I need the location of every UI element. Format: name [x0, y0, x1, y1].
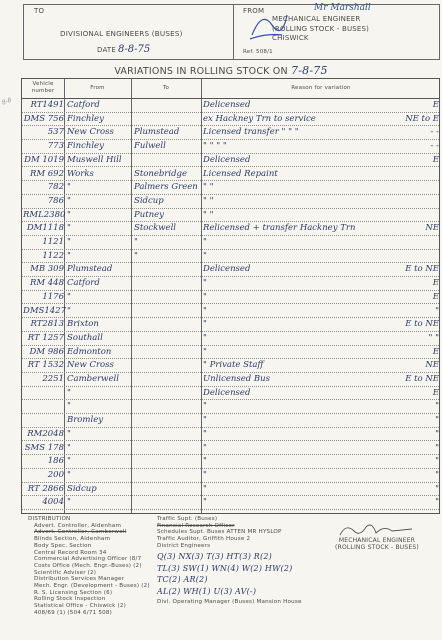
to-cell: [134, 414, 200, 427]
table-row: RT 2866Sidcup"": [22, 483, 439, 497]
status-code-cell: ": [404, 428, 439, 441]
from-cell: ": [67, 236, 133, 249]
from-cell: Southall: [67, 332, 133, 345]
vehicle-cell: DM 1019: [23, 154, 64, 167]
status-code-cell: [404, 250, 439, 263]
table-row: Bromley"": [22, 414, 439, 428]
status-code-cell: E: [404, 291, 439, 304]
from-cell: Edmonton: [67, 346, 133, 359]
to-cell: [134, 359, 200, 372]
table-row: 782"Palmers Green" ": [22, 181, 439, 195]
vehicle-cell: 186: [23, 455, 64, 468]
signature-scribble-icon: [242, 5, 302, 45]
distribution-item: Rolling Stock Inspection: [28, 596, 150, 603]
status-code-cell: E to NE: [404, 263, 439, 276]
vehicle-cell: RM 692: [23, 168, 64, 181]
from-cell: ": [67, 400, 133, 413]
status-code-cell: E: [404, 277, 439, 290]
reason-cell: " " " ": [203, 140, 403, 153]
distribution-item: Central Record Room 34: [28, 550, 150, 557]
reference-number: Ref. 508/1: [243, 49, 273, 55]
to-cell: [134, 318, 200, 331]
distribution-items: Advert. Controller, AldenhamAdvert. Cont…: [28, 523, 150, 617]
vehicle-cell: RT 2866: [23, 483, 64, 496]
reason-cell: ": [203, 318, 403, 331]
to-cell: [134, 154, 200, 167]
table-row: 1121""": [22, 236, 439, 250]
from-cell: Finchley: [67, 113, 133, 126]
status-code-cell: E to NE: [404, 373, 439, 386]
status-code-cell: NE: [404, 359, 439, 372]
date-field: DATE 8-8-75: [97, 44, 150, 55]
table-row: "DelicensedE: [22, 387, 439, 401]
vehicle-cell: DMS1427: [23, 305, 64, 318]
vehicle-cell: RML2380: [23, 209, 64, 222]
reason-cell: ": [203, 236, 403, 249]
vehicle-cell: 782: [23, 181, 64, 194]
title-text: VARIATIONS IN ROLLING STOCK ON: [114, 66, 287, 77]
to-cell: [134, 277, 200, 290]
from-cell: Sidcup: [67, 483, 133, 496]
to-cell: [134, 387, 200, 400]
status-code-cell: " ": [404, 332, 439, 345]
reason-cell: " ": [203, 181, 403, 194]
to-cell: [134, 263, 200, 276]
from-cell: Catford: [67, 99, 133, 112]
from-cell: ": [67, 496, 133, 509]
table-header: Vehicle number From To Reason for variat…: [22, 79, 439, 99]
distribution-item: R. S. Licensing Section (6): [28, 590, 150, 597]
status-code-cell: ": [404, 414, 439, 427]
reason-cell: Delicensed: [203, 263, 403, 276]
distribution-item: Advert. Controller, Camberwell: [28, 529, 150, 536]
from-cell: ": [67, 195, 133, 208]
to-cell: Stockwell: [134, 222, 200, 235]
from-cell: ": [67, 469, 133, 482]
to-cell: [134, 483, 200, 496]
table-row: 1176""E: [22, 291, 439, 305]
vehicle-cell: RT1491: [23, 99, 64, 112]
status-code-cell: - -: [404, 126, 439, 139]
reason-cell: ": [203, 277, 403, 290]
to-cell: [134, 428, 200, 441]
traffic-item: Traffic Auditor, Griffith House 2: [157, 536, 282, 543]
vehicle-cell: 786: [23, 195, 64, 208]
traffic-item: District Engineers: [157, 543, 282, 550]
vehicle-cell: 537: [23, 126, 64, 139]
table-row: 186""": [22, 455, 439, 469]
distribution-item: Costs Office (Mech. Engr.-Buses) (2): [28, 563, 150, 570]
table-row: DM 986Edmonton"E: [22, 346, 439, 360]
table-row: 786"Sidcup" ": [22, 195, 439, 209]
vehicle-cell: RT 1257: [23, 332, 64, 345]
table-row: MB 309PlumsteadDelicensedE to NE: [22, 263, 439, 277]
from-cell: ": [67, 291, 133, 304]
to-value: DIVISIONAL ENGINEERS (BUSES): [60, 29, 183, 38]
from-cell: New Cross: [67, 126, 133, 139]
table-row: RT 1532New Cross" Private StaffNE: [22, 359, 439, 373]
date-value: 8-8-75: [118, 44, 150, 55]
vehicle-cell: RM2048: [23, 428, 64, 441]
table-row: """: [22, 400, 439, 414]
page-title: VARIATIONS IN ROLLING STOCK ON 7-8-75: [0, 64, 442, 77]
reason-cell: ": [203, 291, 403, 304]
reason-cell: ": [203, 428, 403, 441]
reason-cell: ": [203, 346, 403, 359]
date-label: DATE: [97, 46, 116, 54]
traffic-item: Financial Research Officer: [157, 523, 282, 530]
vehicle-cell: DMS 756: [23, 113, 64, 126]
from-cell: Catford: [67, 277, 133, 290]
vehicle-cell: [23, 400, 64, 413]
from-cell: ": [67, 428, 133, 441]
table-row: RM 448Catford"E: [22, 277, 439, 291]
status-code-cell: ": [404, 400, 439, 413]
to-cell: Putney: [134, 209, 200, 222]
to-cell: [134, 291, 200, 304]
reason-cell: ": [203, 455, 403, 468]
status-code-cell: [404, 168, 439, 181]
status-code-cell: ": [404, 483, 439, 496]
status-code-cell: NE to E: [404, 113, 439, 126]
distribution-item: Commercial Advertising Officer (8/7: [28, 556, 150, 563]
to-cell: Palmers Green: [134, 181, 200, 194]
reason-cell: " ": [203, 209, 403, 222]
vehicle-cell: DM 986: [23, 346, 64, 359]
vehicle-cell: RT 1532: [23, 359, 64, 372]
vehicle-cell: 773: [23, 140, 64, 153]
signature-line-2: (ROLLING STOCK - BUSES): [332, 544, 422, 551]
table-row: DMS 756Finchleyex Hackney Trn to service…: [22, 113, 439, 127]
to-cell: Sidcup: [134, 195, 200, 208]
vehicle-cell: 1176: [23, 291, 64, 304]
reason-cell: Delicensed: [203, 99, 403, 112]
reason-cell: Delicensed: [203, 387, 403, 400]
from-cell: ": [67, 250, 133, 263]
header-to: To: [131, 85, 201, 92]
status-code-cell: ": [404, 455, 439, 468]
from-cell: Camberwell: [67, 373, 133, 386]
reason-cell: ": [203, 496, 403, 509]
status-code-cell: E: [404, 99, 439, 112]
reason-cell: " Private Staff: [203, 359, 403, 372]
traffic-item: Traffic Supt. (Buses): [157, 516, 282, 523]
depot-codes: Q(3) NX(3) T(3) HT(3) R(2) TL(3) SW(1) W…: [157, 551, 302, 607]
reason-cell: ": [203, 469, 403, 482]
status-code-cell: E: [404, 154, 439, 167]
table-row: RM2048""": [22, 428, 439, 442]
to-cell: Stonebridge: [134, 168, 200, 181]
from-cell: Works: [67, 168, 133, 181]
table-row: RT1491CatfordDelicensedE: [22, 99, 439, 113]
to-cell: [134, 99, 200, 112]
table-row: DMS1427""": [22, 305, 439, 319]
to-cell: [134, 469, 200, 482]
table-row: RM 692WorksStonebridgeLicensed Repaint: [22, 168, 439, 182]
to-cell: [134, 332, 200, 345]
vehicle-cell: 200: [23, 469, 64, 482]
margin-note: 8-8: [1, 97, 12, 107]
status-code-cell: ": [404, 305, 439, 318]
distribution-item: Scientific Adviser (2): [28, 570, 150, 577]
reason-cell: ": [203, 305, 403, 318]
code-line-4: AL(2) WH(1) U(3) AV(-): [157, 586, 302, 598]
distribution-item: 408/69 (1) (504 6/71 508): [28, 610, 150, 617]
table-row: RT 1257Southall"" ": [22, 332, 439, 346]
table-row: 773FinchleyFulwell" " " "- -: [22, 140, 439, 154]
distribution-item: Advert. Controller, Aldenham: [28, 523, 150, 530]
from-cell: Plumstead: [67, 263, 133, 276]
reason-cell: ": [203, 332, 403, 345]
reason-cell: Licensed transfer " " ": [203, 126, 403, 139]
header-divider: [233, 5, 234, 59]
table-row: 2251CamberwellUnlicensed BusE to NE: [22, 373, 439, 387]
reason-cell: Licensed Repaint: [203, 168, 403, 181]
to-cell: [134, 113, 200, 126]
code-line-2: TL(3) SW(1) WN(4) W(2) HW(2): [157, 563, 302, 575]
status-code-cell: E: [404, 387, 439, 400]
to-cell: Fulwell: [134, 140, 200, 153]
to-cell: Plumstead: [134, 126, 200, 139]
signature-block: MECHANICAL ENGINEER (ROLLING STOCK - BUS…: [332, 523, 422, 551]
from-cell: ": [67, 222, 133, 235]
vehicle-cell: MB 309: [23, 263, 64, 276]
to-cell: ": [134, 250, 200, 263]
from-cell: Bromley: [67, 414, 133, 427]
status-code-cell: E: [404, 346, 439, 359]
status-code-cell: ": [404, 496, 439, 509]
from-cell: ": [67, 181, 133, 194]
vehicle-cell: 1122: [23, 250, 64, 263]
status-code-cell: ": [404, 469, 439, 482]
vehicle-cell: [23, 387, 64, 400]
to-cell: [134, 442, 200, 455]
vehicle-cell: RM 448: [23, 277, 64, 290]
reason-cell: Relicensed + transfer Hackney Trn: [203, 222, 403, 235]
to-cell: [134, 400, 200, 413]
vehicle-cell: RT2813: [23, 318, 64, 331]
from-cell: ": [67, 442, 133, 455]
reason-cell: " ": [203, 195, 403, 208]
distribution-item: Body Spec. Section: [28, 543, 150, 550]
table-row: DM1118"StockwellRelicensed + transfer Ha…: [22, 222, 439, 236]
reason-cell: ex Hackney Trn to service: [203, 113, 403, 126]
table-row: 1122""": [22, 250, 439, 264]
table-row: 537New CrossPlumsteadLicensed transfer "…: [22, 126, 439, 140]
reason-cell: ": [203, 483, 403, 496]
rolling-stock-table: Vehicle number From To Reason for variat…: [21, 78, 440, 514]
reason-cell: ": [203, 250, 403, 263]
status-code-cell: [404, 195, 439, 208]
vehicle-cell: 4004: [23, 496, 64, 509]
from-cell: Finchley: [67, 140, 133, 153]
header-from: From: [64, 85, 131, 92]
reason-cell: ": [203, 442, 403, 455]
traffic-item: Schedules Supt. Buses ATTEN MR HYSLOP: [157, 529, 282, 536]
vehicle-cell: 1121: [23, 236, 64, 249]
from-handwritten: Mr Marshall: [314, 3, 371, 13]
status-code-cell: [404, 181, 439, 194]
distribution-item: Blinds Section, Aldenham: [28, 536, 150, 543]
header-vehicle: Vehicle number: [22, 81, 64, 94]
status-code-cell: - -: [404, 140, 439, 153]
from-cell: ": [67, 455, 133, 468]
table-row: 200""": [22, 469, 439, 483]
table-row: SMS 178""": [22, 442, 439, 456]
to-cell: [134, 455, 200, 468]
from-cell: ": [67, 209, 133, 222]
distribution-item: Statistical Office - Chiswick (2): [28, 603, 150, 610]
to-cell: [134, 305, 200, 318]
table-row: DM 1019Muswell HillDelicensedE: [22, 154, 439, 168]
vehicle-cell: SMS 178: [23, 442, 64, 455]
to-cell: ": [134, 236, 200, 249]
from-cell: Brixton: [67, 318, 133, 331]
to-cell: [134, 373, 200, 386]
vehicle-cell: 2251: [23, 373, 64, 386]
from-cell: ": [67, 305, 133, 318]
status-code-cell: E to NE: [404, 318, 439, 331]
code-line-1: Q(3) NX(3) T(3) HT(3) R(2): [157, 551, 302, 563]
reason-cell: Unlicensed Bus: [203, 373, 403, 386]
reason-cell: Delicensed: [203, 154, 403, 167]
distribution-item: Mech. Engr. (Development - Buses) (2): [28, 583, 150, 590]
distribution-list: DISTRIBUTION Advert. Controller, Aldenha…: [28, 516, 150, 617]
code-line-3: TC(2) AR(2): [157, 574, 302, 586]
traffic-items: Traffic Supt. (Buses)Financial Research …: [157, 516, 282, 550]
vehicle-cell: [23, 414, 64, 427]
title-date: 7-8-75: [291, 64, 328, 77]
from-cell: New Cross: [67, 359, 133, 372]
signature-line-1: MECHANICAL ENGINEER: [332, 537, 422, 544]
to-label: TO: [34, 7, 44, 15]
status-code-cell: [404, 209, 439, 222]
to-cell: [134, 346, 200, 359]
table-row: 4004""": [22, 496, 439, 510]
vehicle-cell: DM1118: [23, 222, 64, 235]
divisional-manager: Divl. Operating Manager (Buses) Mansion …: [157, 597, 302, 607]
to-cell: [134, 496, 200, 509]
status-code-cell: [404, 236, 439, 249]
table-row: RT2813Brixton"E to NE: [22, 318, 439, 332]
memo-header: TO DIVISIONAL ENGINEERS (BUSES) DATE 8-8…: [23, 4, 440, 60]
distribution-item: Distribution Services Manager: [28, 576, 150, 583]
header-reason: Reason for variation: [201, 85, 441, 92]
reason-cell: ": [203, 400, 403, 413]
status-code-cell: ": [404, 442, 439, 455]
from-cell: Muswell Hill: [67, 154, 133, 167]
reason-cell: ": [203, 414, 403, 427]
status-code-cell: NE: [404, 222, 439, 235]
table-row: RML2380"Putney" ": [22, 209, 439, 223]
distribution-heading: DISTRIBUTION: [28, 516, 150, 523]
traffic-list: Traffic Supt. (Buses)Financial Research …: [157, 516, 282, 550]
from-cell: ": [67, 387, 133, 400]
